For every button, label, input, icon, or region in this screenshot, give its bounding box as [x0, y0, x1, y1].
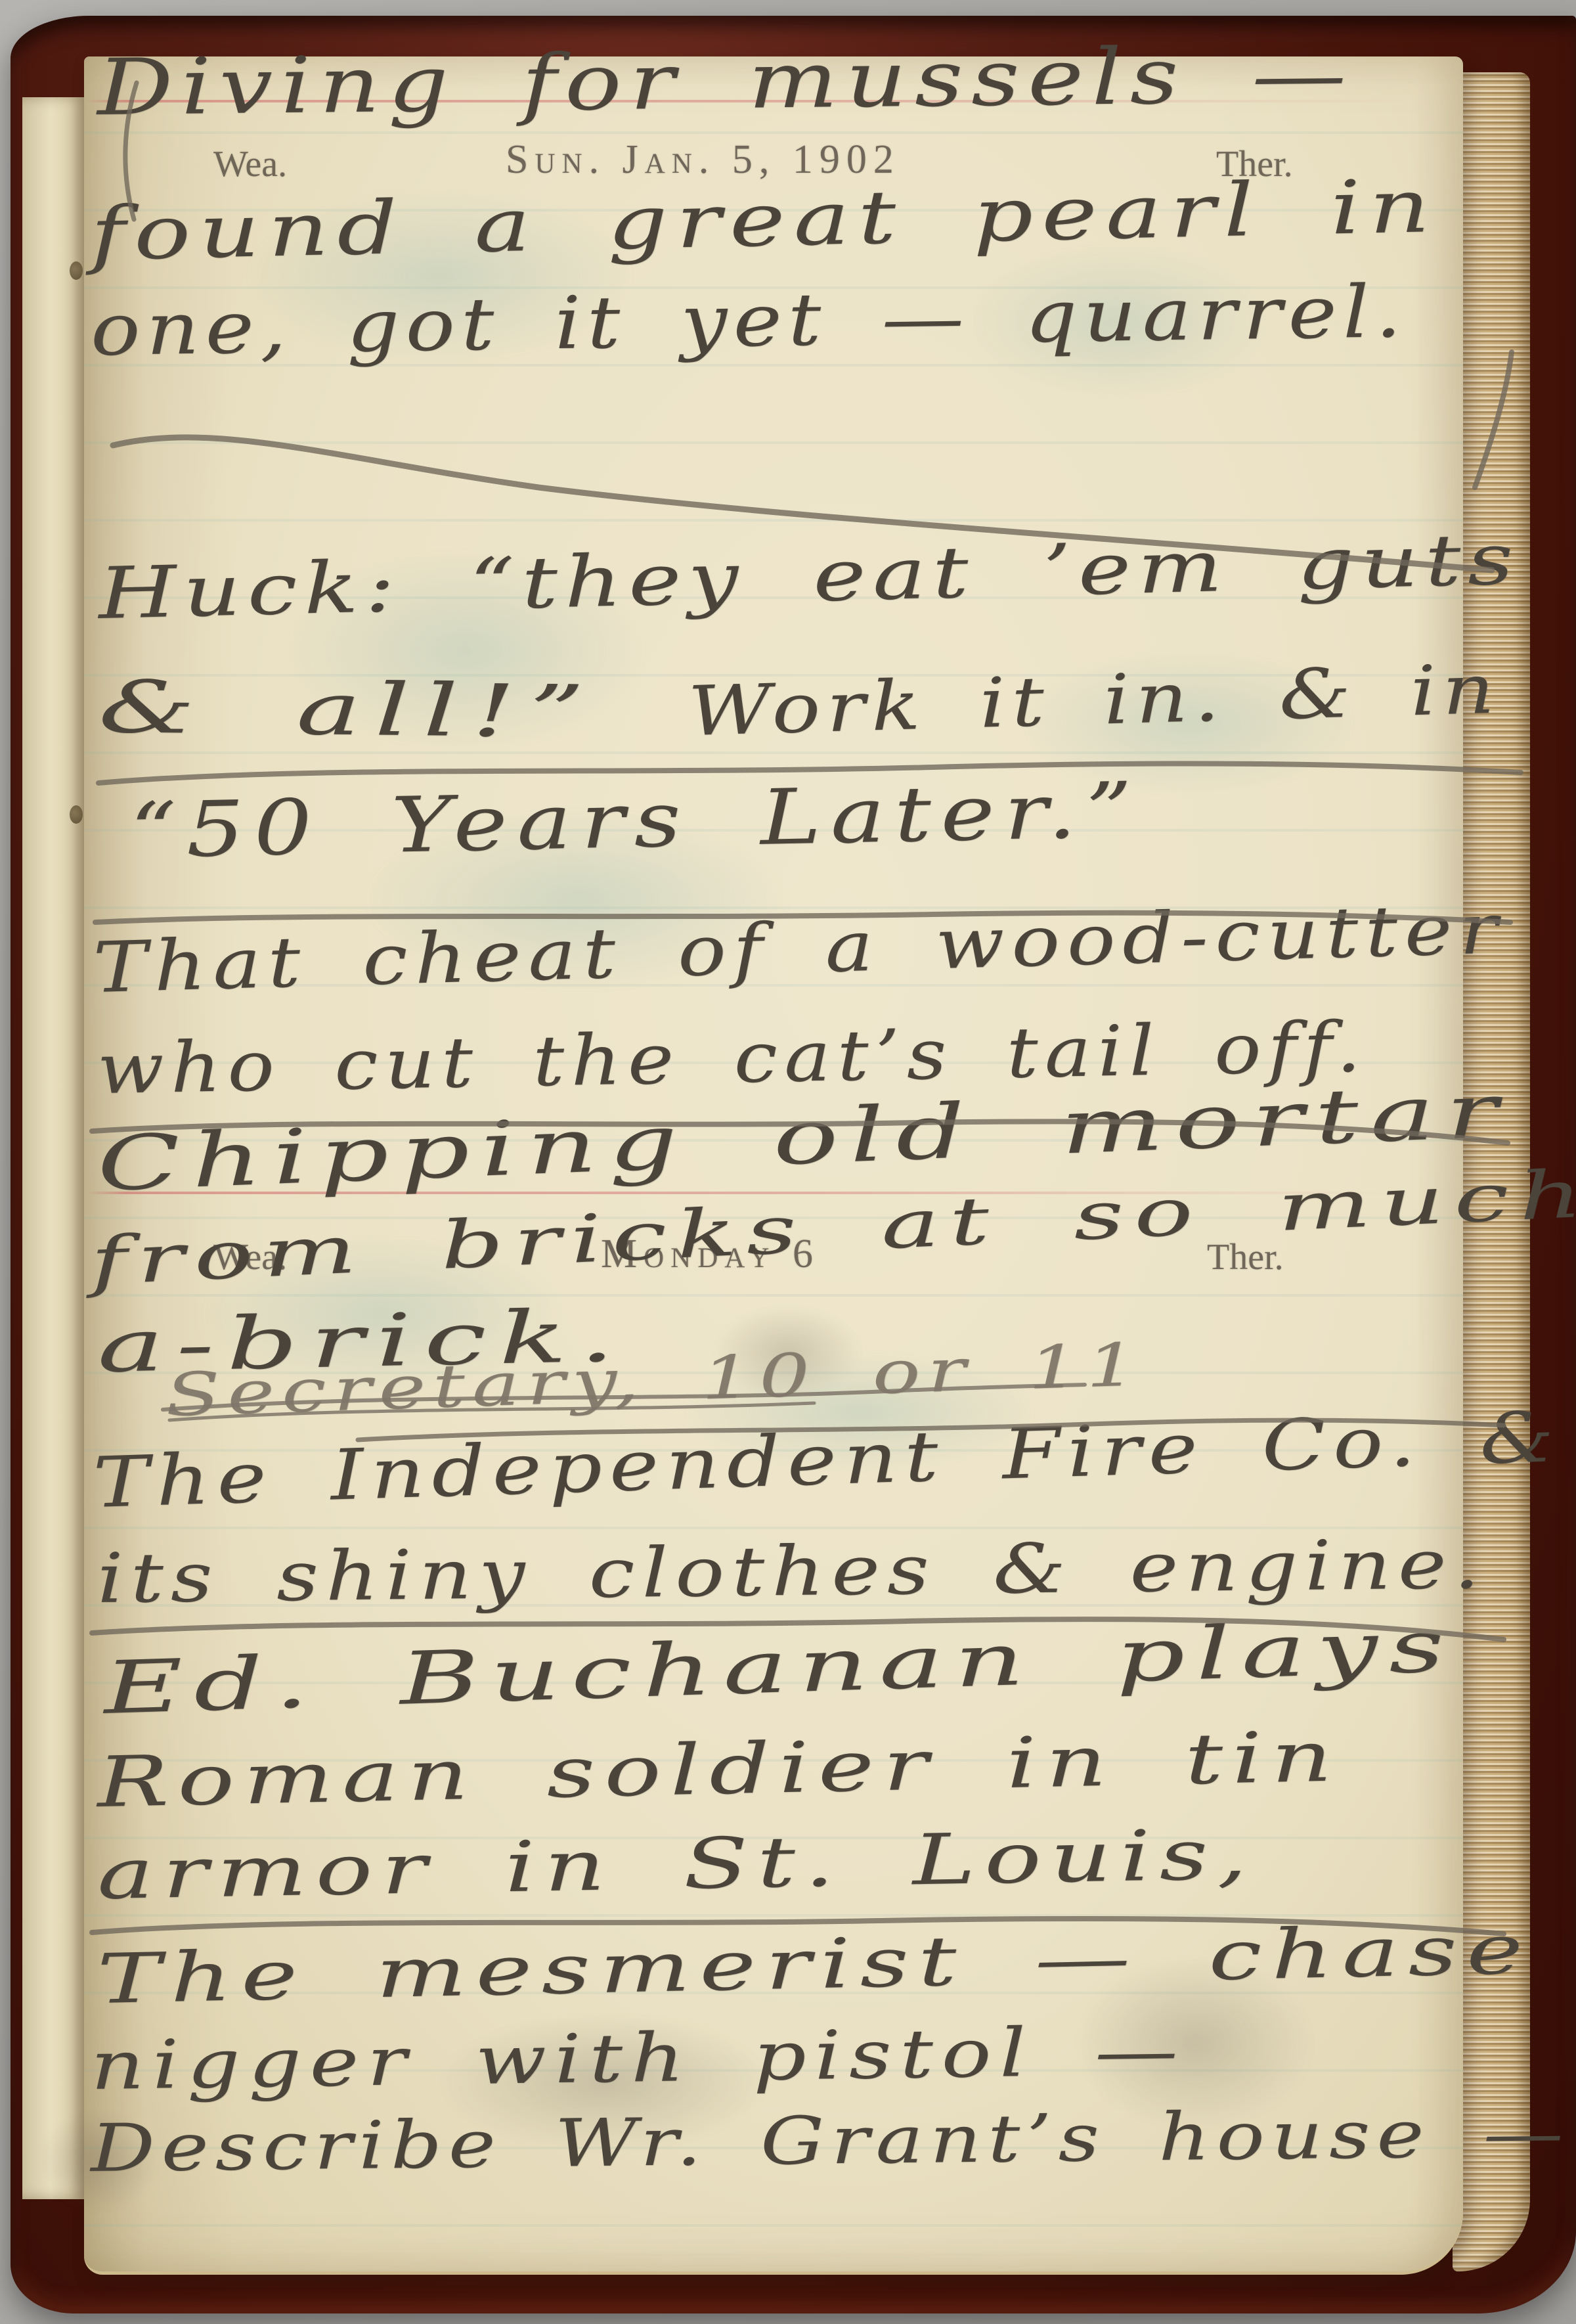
- hw-line-with-pistol: nigger with pistol —: [90, 2012, 1187, 2105]
- notebook-photo: Wea. Sun. Jan. 5, 1902 Ther. Wea. Monday…: [0, 0, 1576, 2324]
- hw-line-describe-grants-house: Describe Wr. Grant’s house —: [90, 2094, 1569, 2187]
- hw-line-diving-for-mussels: Diving for mussels —: [97, 29, 1355, 133]
- stitch-hole: [70, 805, 83, 824]
- facing-page-edge: [22, 97, 85, 2199]
- hw-line-shiny-clothes-engine: its shiny clothes & engine.: [97, 1524, 1487, 1619]
- hw-line-and-all: & all!”: [98, 665, 598, 754]
- stitch-hole: [70, 261, 83, 280]
- weather-label-sunday: Wea.: [213, 143, 287, 185]
